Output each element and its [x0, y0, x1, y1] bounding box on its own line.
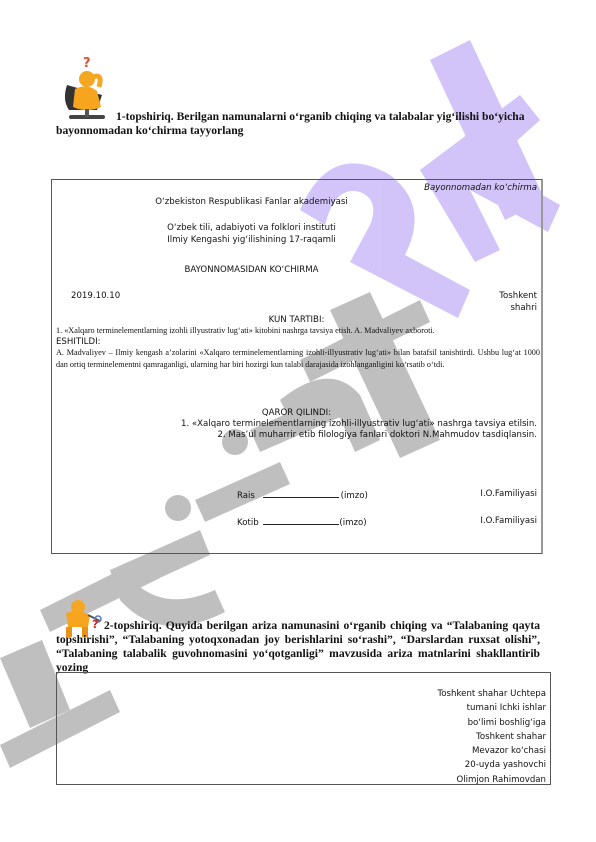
task1-title-line2: bayonnomadan ko‘chirma tayyorlang	[56, 124, 544, 138]
institute-name: O‘zbek tili, adabiyoti va folklori insti…	[52, 222, 541, 234]
signature-kotib-name: I.O.Familiyasi	[480, 515, 537, 527]
signature-kotib: Kotib (imzo)	[237, 515, 367, 529]
task1-title: 1-topshiriq. Berilgan namunalarni o‘rgan…	[56, 110, 544, 138]
address-block: Toshkent shahar Uchtepa tumani Ichki ish…	[438, 687, 546, 787]
signature-line	[263, 515, 339, 525]
protocol-header-label: Bayonnomadan ko‘chirma	[424, 182, 537, 194]
protocol-city-line2: shahri	[510, 302, 537, 314]
address-line: bo‘limi boshlig‘iga	[438, 716, 546, 730]
org-name: O‘zbekiston Respublikasi Fanlar akademiy…	[52, 196, 541, 208]
application-sample-box: Toshkent shahar Uchtepa tumani Ichki ish…	[56, 672, 551, 785]
address-line: Toshkent shahar Uchtepa	[438, 687, 546, 701]
decision-2: 2. Mas’ul muharrir etib filologiya fanla…	[217, 429, 537, 441]
task2-title: 2-topshiriq. Quyida berilgan ariza namun…	[56, 619, 540, 675]
agenda-item: 1. «Xalqaro terminelementlarning izohli …	[56, 325, 540, 337]
task1-number: 1-topshiriq	[116, 110, 171, 123]
address-line: Olimjon Rahimovdan	[438, 773, 546, 787]
signature-line	[263, 488, 339, 498]
protocol-date: 2019.10.10	[71, 290, 120, 302]
doc-title: BAYONNOMASIDAN KO‘CHIRMA	[52, 264, 541, 276]
task2-number: 2-topshiriq	[104, 619, 159, 632]
address-line: tumani Ichki ishlar	[438, 701, 546, 715]
signature-rais: Rais (imzo)	[237, 488, 368, 502]
meeting-line: Ilmiy Kengashi yig‘ilishining 17-raqamli	[52, 234, 541, 246]
address-line: Mevazor ko‘chasi	[438, 744, 546, 758]
signature-rais-name: I.O.Familiyasi	[480, 488, 537, 500]
protocol-extract-box: Bayonnomadan ko‘chirma O‘zbekiston Respu…	[51, 179, 543, 554]
protocol-city-line1: Toshkent	[499, 290, 537, 302]
svg-text:?: ?	[83, 56, 91, 71]
address-line: Toshkent shahar	[438, 730, 546, 744]
address-line: 20-uyda yashovchi	[438, 758, 546, 772]
heard-text: A. Madvaliyev – Ilmiy kengash a’zolarini…	[56, 347, 540, 370]
